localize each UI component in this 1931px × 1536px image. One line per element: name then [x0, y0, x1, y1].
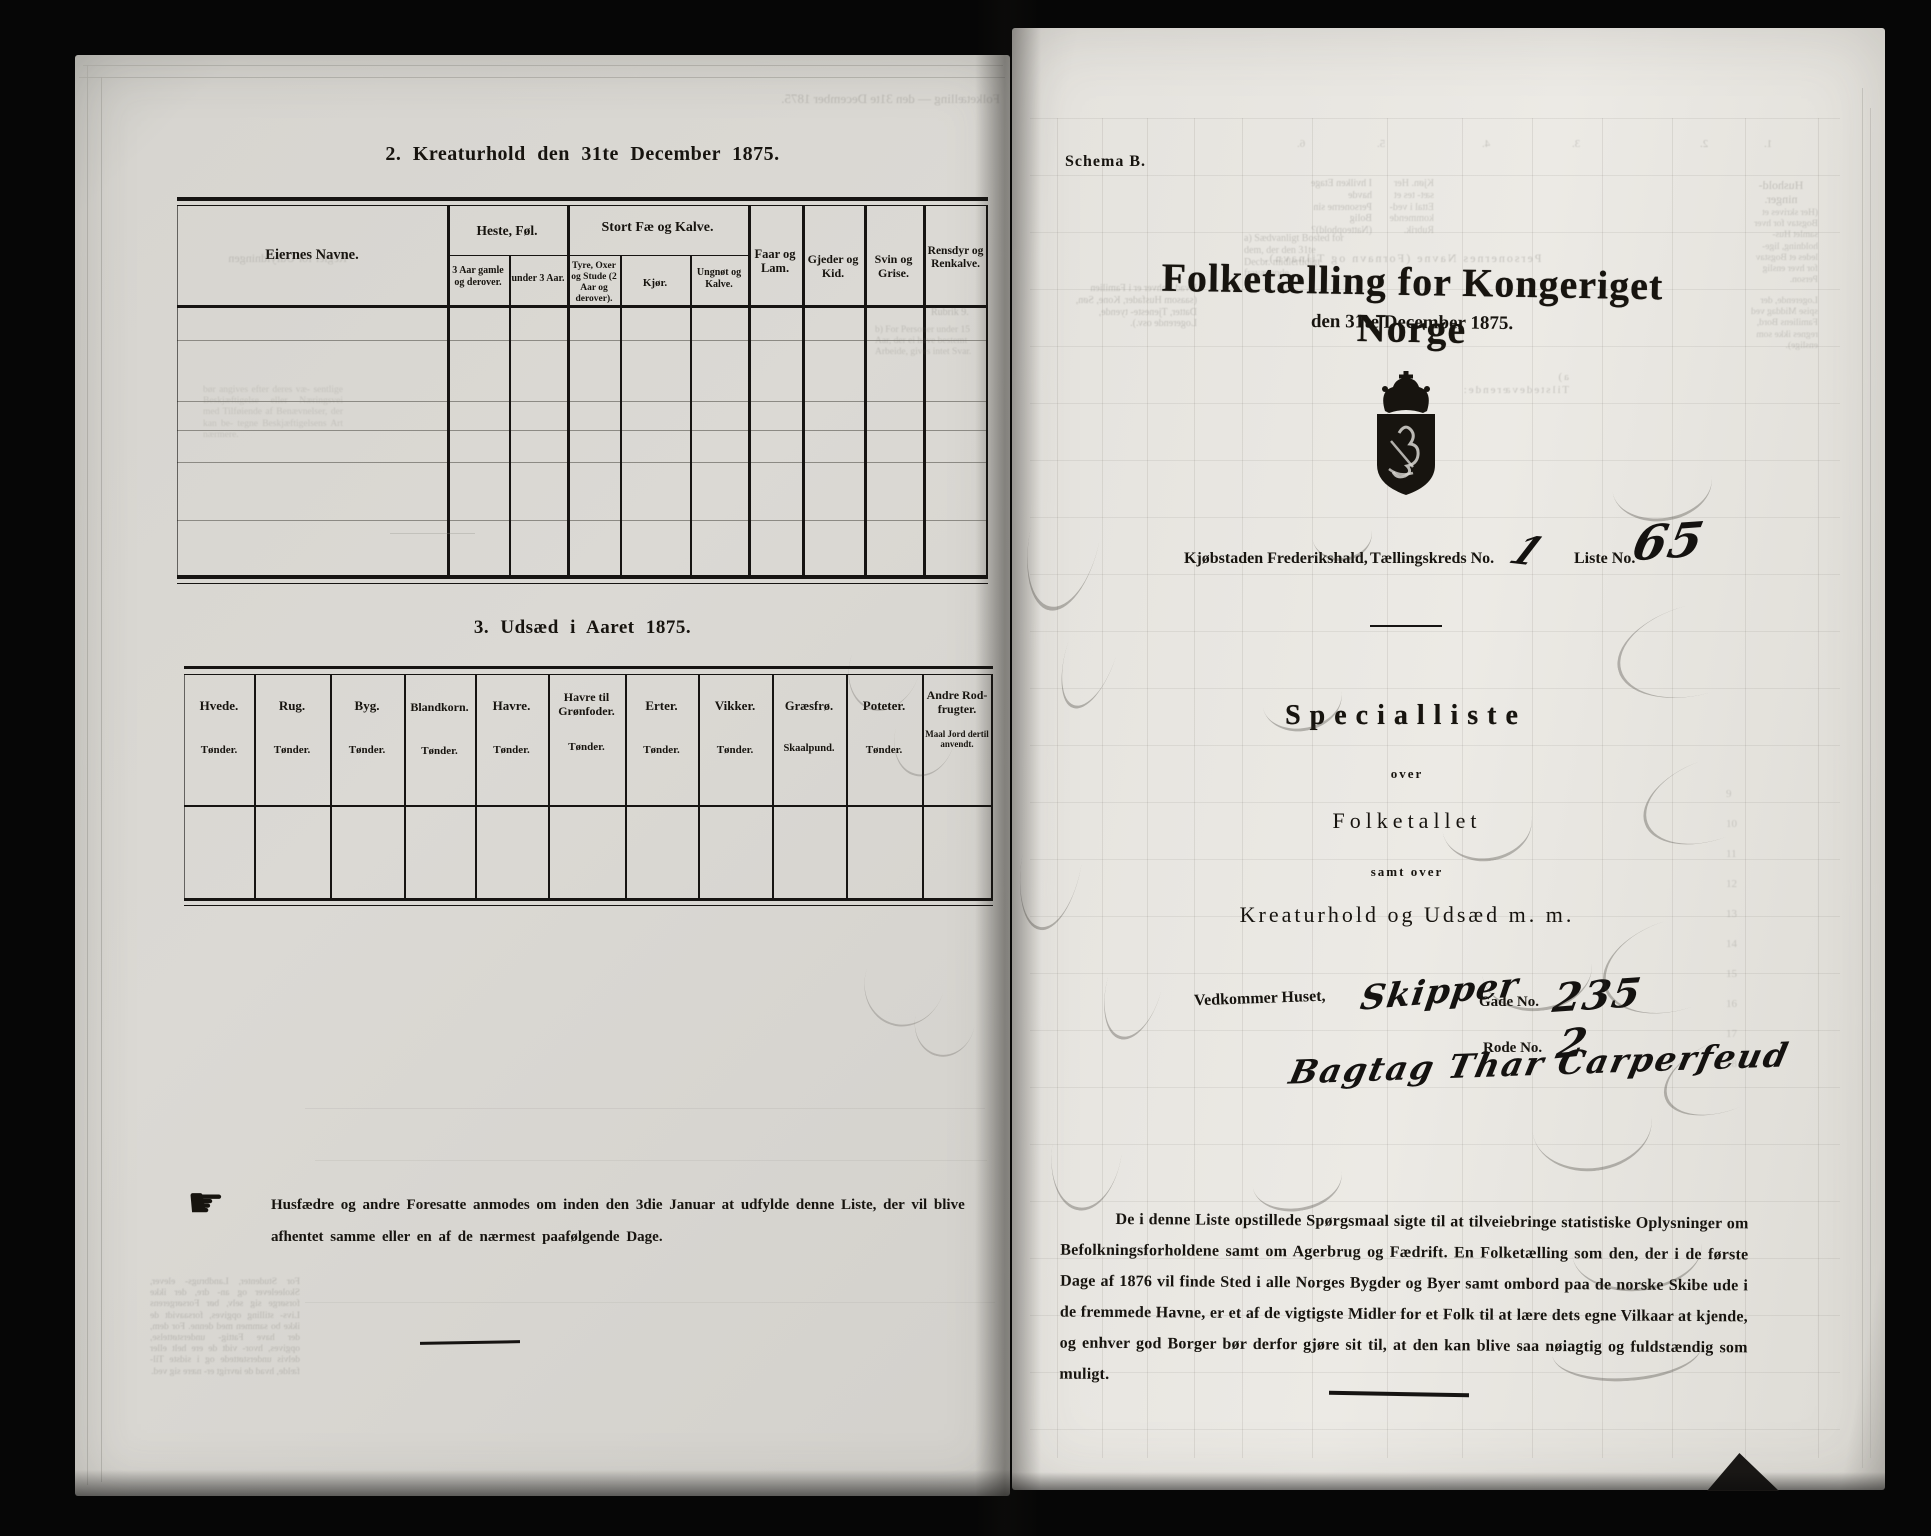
- udsaed-col-unit: Tønder.: [406, 745, 473, 757]
- bleedthrough-stroke: [853, 925, 958, 1037]
- udsaed-col-label: Poteter.: [848, 699, 920, 714]
- udsaed-col-label: Græsfrø.: [774, 699, 844, 713]
- bleedthrough-stroke: [1015, 452, 1115, 617]
- table-rule: [690, 255, 692, 575]
- column-header-kjor: Kjør.: [622, 277, 688, 290]
- bleedthrough-colno: 6.: [1297, 138, 1305, 151]
- udsaed-title: 3. Udsæd i Aaret 1875.: [177, 617, 988, 639]
- bleedthrough-etage: I hvilken Etage havde Personerne sin Bol…: [1304, 178, 1372, 237]
- bleedthrough-colno: 3.: [1572, 138, 1580, 151]
- date-line: den 31te December 1875.: [1262, 310, 1562, 335]
- udsaed-col-unit: Tønder.: [477, 744, 546, 756]
- table-rule: [447, 255, 567, 256]
- udsaed-col-label: Blandkorn.: [406, 701, 473, 715]
- bleedthrough-colno: 5.: [1377, 138, 1385, 151]
- udsaed-col-unit: Tønder.: [700, 744, 770, 756]
- bleedthrough-grid-line: [1818, 118, 1819, 1458]
- bleedthrough-tilstede: a) Tilstedeværende:: [1459, 371, 1569, 397]
- column-group-heste: Heste, Føl.: [447, 223, 567, 239]
- table-rule: [447, 205, 450, 575]
- bleedthrough-regler: Regler for Udfyldningen: [187, 251, 347, 265]
- bleedthrough-stroke: [1010, 784, 1094, 935]
- bleedthrough-line: [315, 1160, 987, 1161]
- table-rule: [184, 898, 993, 901]
- liste-label: Liste No.: [1574, 550, 1635, 568]
- archival-scan: Folketælling — den 31te December 1875. 2…: [0, 0, 1931, 1536]
- bleedthrough-rowno: 11: [1726, 848, 1737, 861]
- gade-value-handwritten: 235: [1550, 969, 1645, 1022]
- column-header-faar-lam: Faar og Lam.: [750, 247, 800, 276]
- table-rule: [184, 805, 993, 807]
- udsaed-col: Hvede. Tønder.: [186, 685, 252, 797]
- udsaed-col: Andre Rod- frugter. Maal Jord dertil anv…: [924, 685, 990, 797]
- udsaed-col-unit: Tønder.: [256, 744, 328, 756]
- bleedthrough-rubrik: Rubrik 9.: [931, 307, 991, 319]
- bleedthrough-rowno: 12: [1726, 878, 1737, 891]
- table-rule: [177, 197, 988, 201]
- bleedthrough-stroke: [1049, 583, 1135, 715]
- column-group-stort-fae: Stort Fæ og Kalve.: [567, 220, 748, 236]
- special-over: over: [1307, 766, 1507, 782]
- bleedthrough-husholdninger: Hushold- ninger.: [1744, 178, 1818, 206]
- bleedthrough-rowno: 14: [1726, 938, 1737, 951]
- udsaed-col-label: Erter.: [627, 699, 696, 714]
- column-header-rensdyr: Rensdyr og Renkalve.: [925, 245, 986, 271]
- udsaed-col-label: Andre Rod- frugter.: [924, 689, 990, 717]
- udsaed-col: Havre. Tønder.: [477, 685, 546, 797]
- bleedthrough-student-note: For Studenter, Landbrugs- elever, Skolee…: [150, 1277, 300, 1378]
- udsaed-col-unit: Skaalpund.: [774, 743, 844, 754]
- bleedthrough-line: [305, 1302, 995, 1303]
- bleedthrough-husholdninger-note: (Her skrives et Bogstav for hver samlet …: [1744, 208, 1818, 286]
- table-rule: [184, 674, 993, 675]
- page-edge-line: [87, 65, 88, 1485]
- udsaed-col: Græsfrø. Skaalpund.: [774, 685, 844, 797]
- table-rule: [184, 905, 993, 906]
- column-header-gjeder-kid: Gjeder og Kid.: [804, 253, 862, 281]
- column-header-tyre-oxer: Tyre, Oxer og Stude (2 Aar og derover).: [569, 261, 619, 305]
- table-rule: [991, 674, 993, 898]
- bleedthrough-colno: 1.: [1764, 138, 1772, 151]
- district-label: Tællingskreds No.: [1370, 550, 1494, 568]
- right-page: 1. 2. 3. 4. 5. 6. Schema B. Personernes …: [1012, 28, 1885, 1490]
- bleedthrough-rowno: 16: [1726, 998, 1737, 1011]
- udsaed-col-label: Rug.: [256, 699, 328, 714]
- footnote-line1: Husfædre og andre Foresatte anmodes om i…: [271, 1197, 971, 1214]
- udsaed-col-label: Havre.: [477, 699, 546, 714]
- signature-handwritten: Bagtag Thar Carperfeud: [1286, 1035, 1793, 1091]
- udsaed-col-unit: Tønder.: [550, 741, 623, 753]
- city-label: Kjøbstaden Frederikshald,: [1184, 550, 1368, 568]
- column-header-heste-3aar: 3 Aar gamle og derover.: [449, 265, 507, 288]
- column-header-ungnot: Ungnøt og Kalve.: [692, 267, 746, 290]
- page-edge-line: [83, 65, 1003, 66]
- schema-label: Schema B.: [1065, 153, 1146, 171]
- bleedthrough-b-note: b) For Personer under 15 Aar, der ei hav…: [875, 325, 987, 359]
- table-rule: [177, 583, 988, 584]
- udsaed-col-unit: Tønder.: [332, 744, 402, 756]
- table-rule: [986, 205, 988, 575]
- udsaed-col: Byg. Tønder.: [332, 685, 402, 797]
- udsaed-col-label: Havre til Grønfoder.: [550, 691, 623, 719]
- table-rule: [177, 575, 988, 579]
- bleedthrough-rowno: 10: [1726, 818, 1737, 831]
- udsaed-col-label: Vikker.: [700, 699, 770, 714]
- corner-shadow: [1707, 1453, 1779, 1491]
- udsaed-col-unit: Tønder.: [848, 744, 920, 756]
- left-page: Folketælling — den 31te December 1875. 2…: [75, 55, 1010, 1496]
- udsaed-col-unit: Maal Jord dertil anvendt.: [924, 729, 990, 750]
- bleedthrough-colno: 4.: [1482, 138, 1490, 151]
- column-header-svin-grise: Svin og Grise.: [866, 253, 921, 281]
- special-folketallet: Folketallet: [1257, 808, 1557, 834]
- page-title: Folketælling for Kongeriget Norge: [1131, 253, 1693, 357]
- bleedthrough-colno: 2.: [1700, 138, 1708, 151]
- udsaed-col: Rug. Tønder.: [256, 685, 328, 797]
- special-samt-over: samt over: [1307, 864, 1507, 880]
- udsaed-col-unit: Tønder.: [627, 744, 696, 756]
- manicule-icon: ☛: [187, 1183, 225, 1225]
- column-header-heste-under3: under 3 Aar.: [511, 273, 565, 285]
- table-rule: [184, 666, 993, 669]
- udsaed-col-label: Byg.: [332, 699, 402, 714]
- table-rule: [509, 255, 511, 575]
- separator-rule: [1370, 625, 1442, 627]
- bleedthrough-stroke: [1607, 585, 1788, 714]
- bleedthrough-stroke: [908, 980, 982, 1063]
- table-rule: [567, 255, 748, 256]
- bleedthrough-grid-line: [1057, 118, 1058, 1458]
- page-edge-line: [1862, 88, 1863, 1468]
- udsaed-col: Vikker. Tønder.: [700, 685, 770, 797]
- page-edge-line: [1870, 108, 1871, 1458]
- udsaed-col: Blandkorn. Tønder.: [406, 685, 473, 797]
- bleedthrough-rowno: 13: [1726, 908, 1737, 921]
- table-rule: [620, 255, 622, 575]
- udsaed-col-label: Hvede.: [186, 699, 252, 714]
- footnote-line2: afhentet samme eller en af de nærmest pa…: [271, 1229, 871, 1246]
- bleedthrough-top-fragment: Folketælling — den 31te December 1875.: [620, 91, 1000, 106]
- udsaed-col: Poteter. Tønder.: [848, 685, 920, 797]
- gade-label: Gade No.: [1479, 994, 1539, 1011]
- bleedthrough-stroke: [1526, 1070, 1658, 1179]
- special-kreaturhold: Kreaturhold og Udsæd m. m.: [1162, 902, 1652, 928]
- liste-value-handwritten: 65: [1628, 512, 1709, 573]
- special-title: Specialliste: [1206, 700, 1606, 732]
- bleedthrough-rowno: 15: [1726, 968, 1737, 981]
- bleedthrough-rowno: 9: [1726, 788, 1732, 801]
- table-rule: [184, 674, 185, 898]
- district-value-handwritten: 1: [1502, 527, 1554, 575]
- udsaed-col: Erter. Tønder.: [627, 685, 696, 797]
- udsaed-col: Havre til Grønfoder. Tønder.: [550, 685, 623, 797]
- coat-of-arms-icon: [1369, 371, 1443, 497]
- info-paragraph: De i denne Liste opstillede Spørgsmaal s…: [1059, 1204, 1748, 1395]
- bleedthrough-logerende-note: Logerende, der spise Middag ved Familien…: [1744, 296, 1818, 352]
- kreaturhold-title: 2. Kreaturhold den 31te December 1875.: [177, 143, 988, 166]
- udsaed-col-unit: Tønder.: [186, 744, 252, 756]
- page-edge-line: [101, 77, 102, 1482]
- ink-dash: [420, 1340, 520, 1345]
- bleedthrough-stroke: [1093, 923, 1175, 1046]
- bleedthrough-left-note: bør angives efter deres væ- sentlige Bes…: [203, 385, 343, 441]
- bleedthrough-line: [305, 1108, 985, 1109]
- bleedthrough-kjon: Kjøn. Her sæt- tes et Ettal i ved- komme…: [1384, 178, 1434, 237]
- bleedthrough-stroke: [1631, 737, 1793, 861]
- page-edge-line: [79, 77, 1005, 78]
- bleedthrough-dash: [390, 533, 475, 534]
- house-label: Vedkommer Huset,: [1194, 988, 1326, 1011]
